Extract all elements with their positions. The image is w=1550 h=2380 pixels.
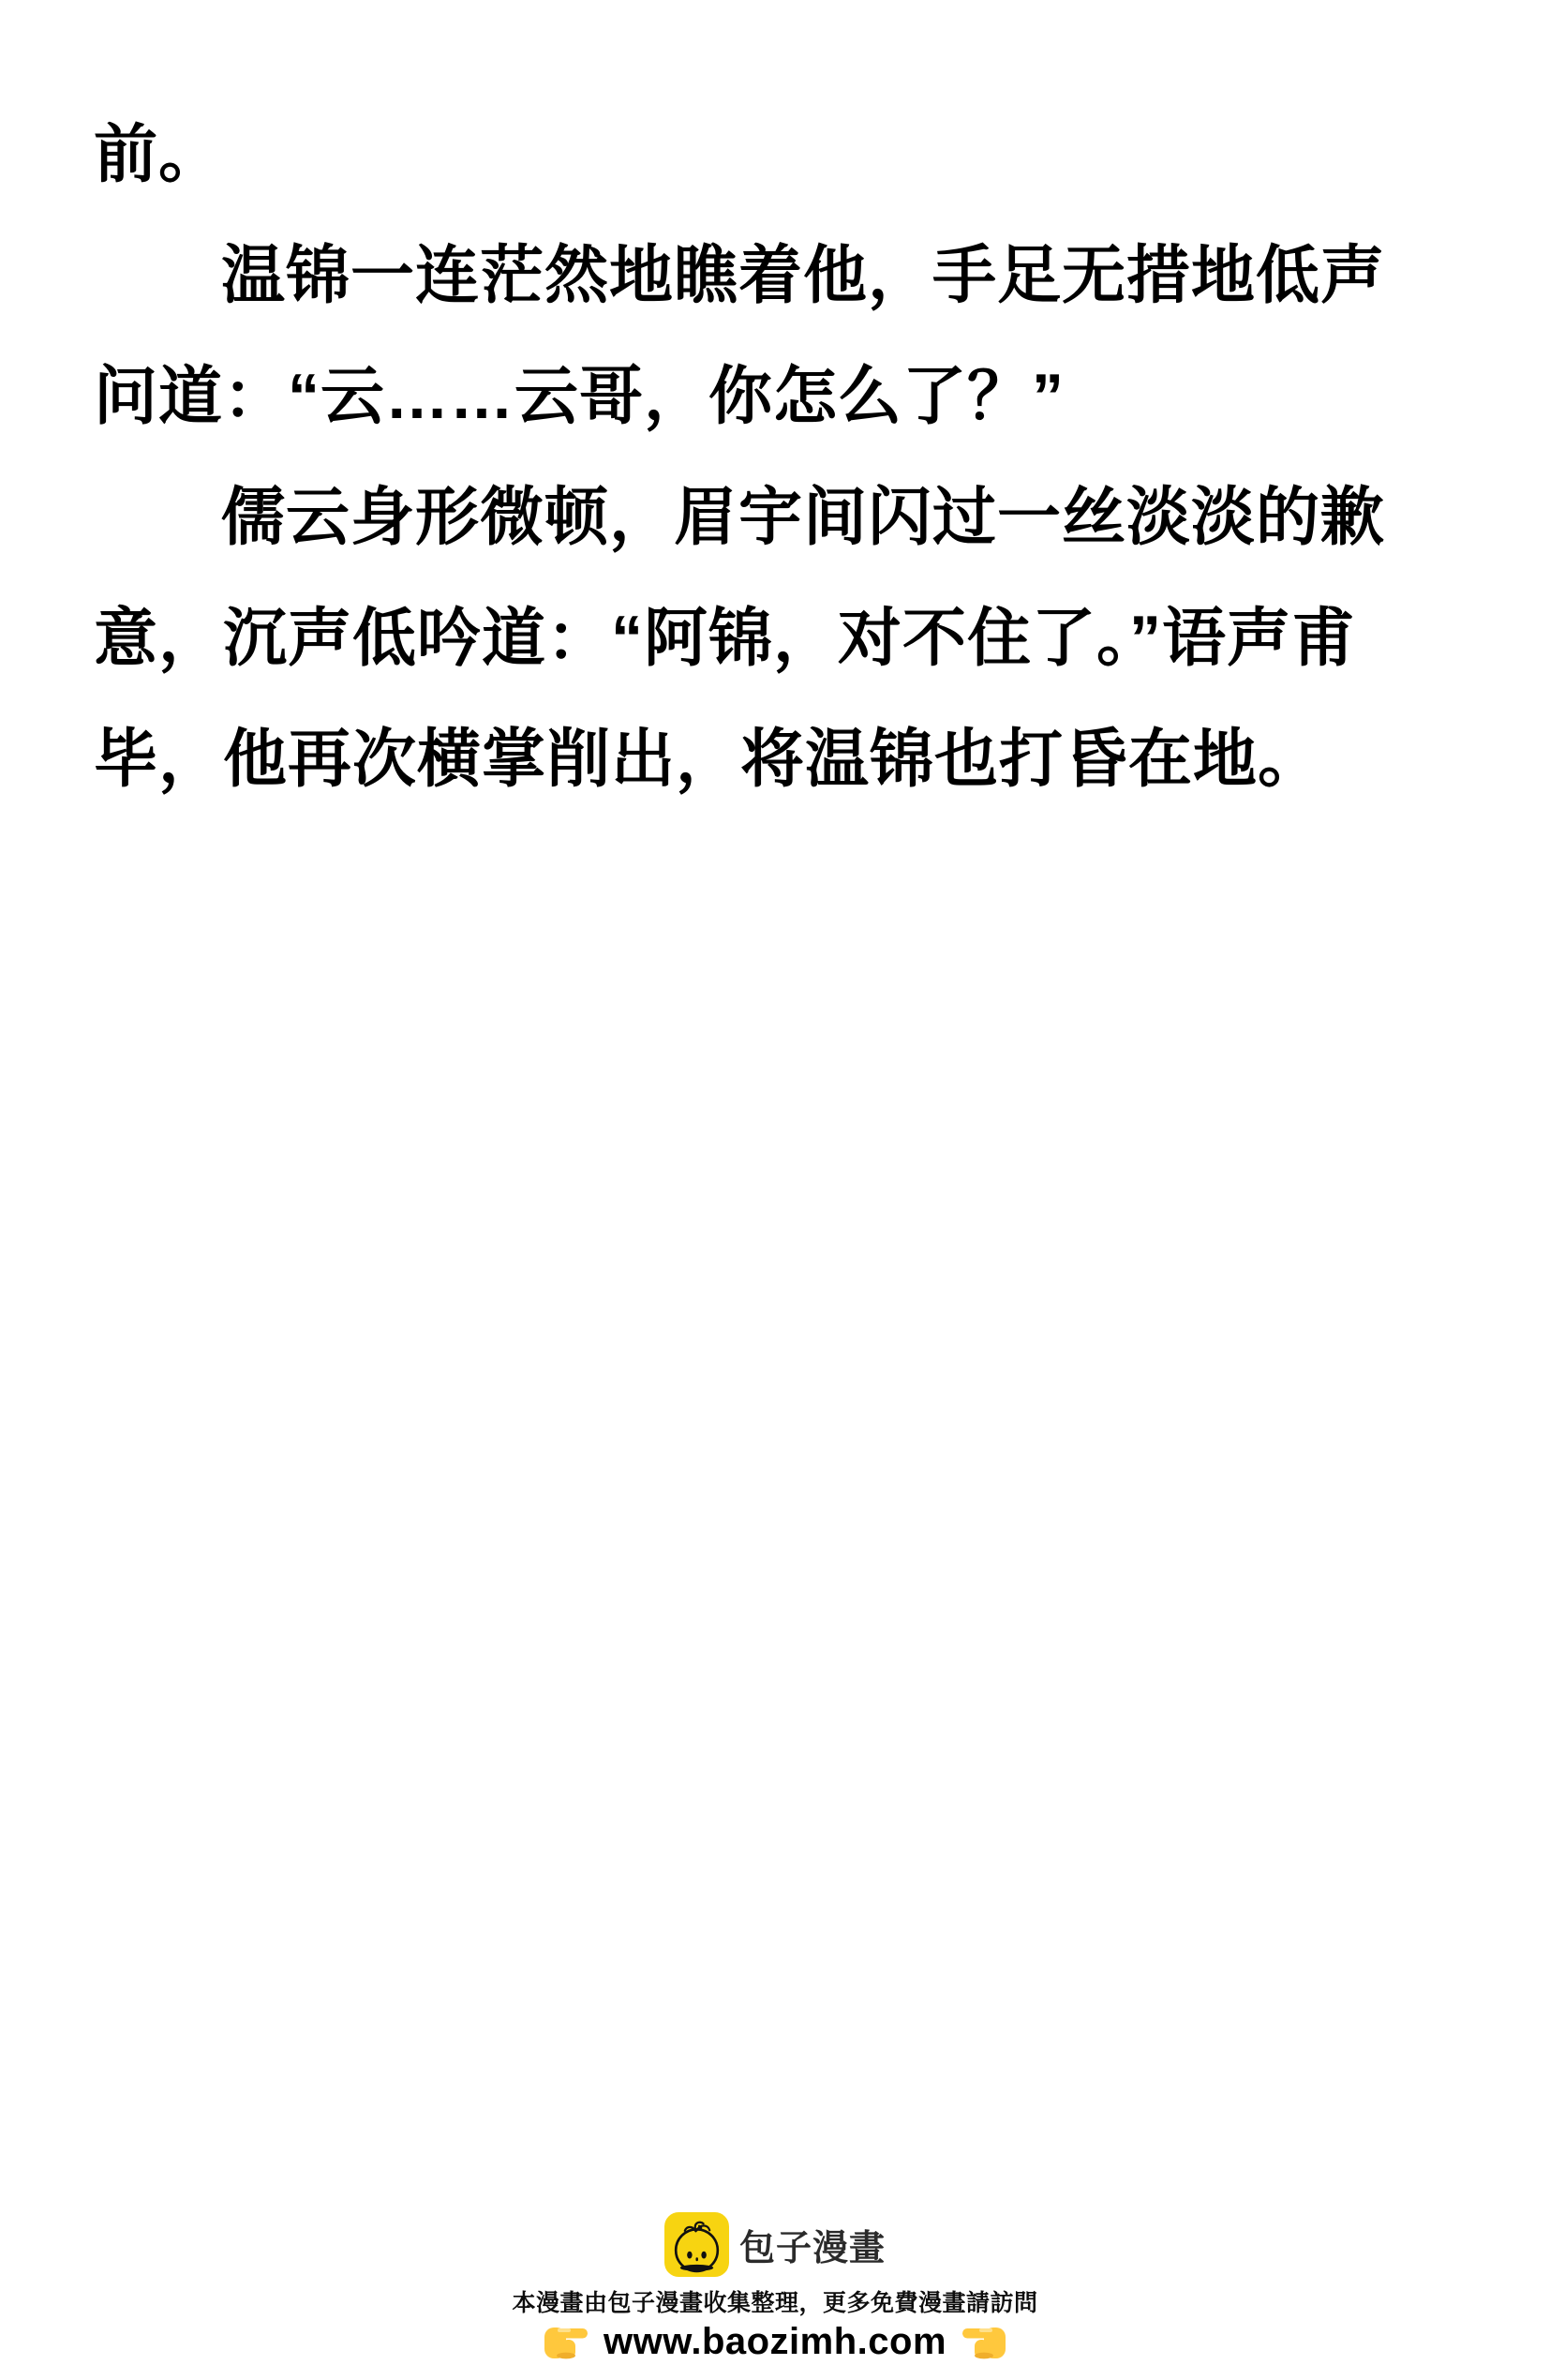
pointing-left-hand-icon <box>961 2325 1006 2359</box>
collection-notice: 本漫畫由包子漫畫收集整理，更多免費漫畫請訪問 <box>512 2289 1037 2317</box>
brand-name: 包子漫畫 <box>739 2219 886 2270</box>
main-text: 前。 温锦一连茫然地瞧着他，手足无措地低声 问道：“云……云哥，你怎么了？” 儒… <box>94 95 1456 820</box>
text-line: 儒云身形微顿，眉宇间闪过一丝淡淡的歉 <box>94 457 1456 578</box>
baozi-bun-logo-icon <box>664 2212 729 2277</box>
novel-text-page: 前。 温锦一连茫然地瞧着他，手足无措地低声 问道：“云……云哥，你怎么了？” 儒… <box>0 0 1550 2380</box>
brand-row: 包子漫畫 <box>664 2212 886 2277</box>
site-url: www.baozimh.com <box>604 2321 946 2363</box>
text-line: 意，沉声低吟道：“阿锦，对不住了。”语声甫 <box>94 578 1456 699</box>
url-row: www.baozimh.com <box>544 2321 1006 2363</box>
text-line: 毕，他再次横掌削出，将温锦也打昏在地。 <box>94 699 1456 820</box>
text-line: 问道：“云……云哥，你怎么了？” <box>94 337 1456 457</box>
footer: 包子漫畫 本漫畫由包子漫畫收集整理，更多免費漫畫請訪問 www.baozimh.… <box>0 2212 1550 2363</box>
text-line: 温锦一连茫然地瞧着他，手足无措地低声 <box>94 216 1456 337</box>
pointing-right-hand-icon <box>544 2325 589 2359</box>
text-line: 前。 <box>94 95 1456 216</box>
